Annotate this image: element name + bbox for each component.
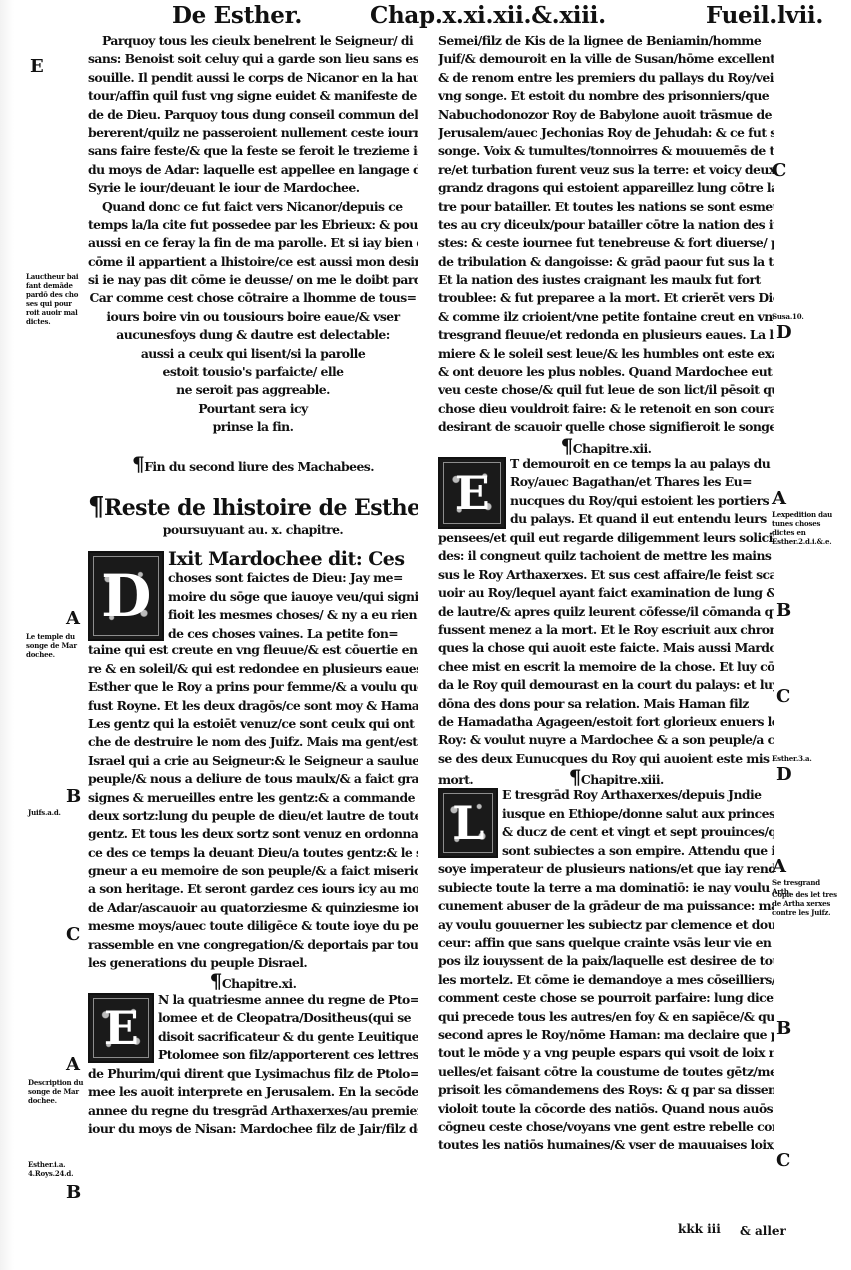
colophon-line: ¶Fin du second liure des Machabees. [88,455,418,473]
pilcrow-icon: ¶ [88,493,104,521]
text-line: cunement abuser de la grādeur de ma puis… [438,897,774,915]
pilcrow-icon: ¶ [561,437,573,455]
decorated-initial-e: E [88,993,154,1063]
text-line: aussi en ce feray la fin de ma parolle. … [88,234,418,252]
text-line: aucunesfoys dung & dautre est delectable… [88,326,418,344]
margin-note: Esther.i.a. 4.Roys.24.d. [28,1160,84,1178]
text-line: disoit sacrificateur & du gente Leuitiqu… [158,1028,418,1046]
text-line: temps la/la cite fut possedee par les Eb… [88,216,418,234]
text-line: che de destruire le nom des Juifz. Mais … [88,733,418,751]
pilcrow-icon: ¶ [210,972,222,990]
text-line: Et la nation des iustes craignant les ma… [438,271,774,289]
margin-letter: B [66,786,81,807]
text-line: pos ilz iouyssent de la paix/laquelle es… [438,952,774,970]
text-line: tout le mōde y a vng peuple espars qui v… [438,1044,774,1062]
text-line: N la quatriesme annee du regne de Pto= [158,991,418,1009]
text-line: les generations du peuple Disrael. [88,954,418,972]
margin-letter: A [66,1054,80,1075]
text-line: mee les auoit interprete en Jerusalem. E… [88,1083,418,1101]
text-line: iour du moys de Nisan: Mardochee filz de… [88,1120,418,1138]
text-line: du moys de Adar: laquelle est appellee e… [88,161,418,179]
margin-letter: C [772,160,786,181]
chapter-heading-xiii: mort. ¶Chapitre.xiii. [438,768,774,786]
spacer [88,539,418,549]
decorated-initial-d: D [88,551,164,641]
initial-paragraph-e-right: E T demouroit en ce temps la au palays d… [438,455,774,529]
text-line: da le Roy quil demourast en la court du … [438,676,774,694]
left-column: Parquoy tous les cieulx benelrent le Sei… [88,32,418,1138]
spacer [88,437,418,455]
text-line: desirant de scauoir quelle chose signifi… [438,418,774,436]
text-line: chose dieu vouldroit faire: & le retenoi… [438,400,774,418]
text-line: veu ceste chose/& quil fut leue de son l… [438,381,774,399]
text-line: Nabuchodonozor Roy de Babylone auoit trā… [438,106,774,124]
margin-note: Susa.10. [772,312,832,321]
text-line: se des deux Eunucques du Roy qui auoient… [438,750,774,768]
text-line: pensees/et quil eut regarde diligemment … [438,529,774,547]
text-line: ce des ce temps la deuant Dieu/a toutes … [88,844,418,862]
text-line: annee du regne du tresgrād Arthaxerxes/a… [88,1102,418,1120]
text-line: a son heritage. Et seront gardez ces iou… [88,880,418,898]
text-line: E tresgrād Roy Arthaxerxes/depuis Jndie [502,786,774,804]
text-line: Syrie le iour/deuant le iour de Mardoche… [88,179,418,197]
text-line: de de Dieu. Parquoy tous dung conseil co… [88,106,418,124]
chapter-heading-xii: ¶Chapitre.xii. [438,437,774,455]
margin-note: Description du songe de Mar dochee. [28,1078,84,1105]
margin-note: Lexpedition dau tunes choses dictes en E… [772,510,838,546]
margin-note: Esther.3.a. [772,754,832,763]
text-line: troublee: & fut preparee a la mort. Et c… [438,289,774,307]
text-line: dōna des dons pour sa relation. Mais Ham… [438,695,774,713]
text-line: sont subiectes a son empire. Attendu que… [502,842,774,860]
catchword: & aller [740,1224,786,1238]
text-line: tre pour batailler. Et toutes les nation… [438,198,774,216]
text-line: Car comme cest chose cōtraire a lhomme d… [88,289,418,307]
initial-paragraph-e: E N la quatriesme annee du regne de Pto=… [88,991,418,1065]
text-line: iours boire vin ou tousiours boire eaue/… [88,308,418,326]
text-line: & comme ilz crioient/vne petite fontaine… [438,308,774,326]
text-line: songe. Voix & tumultes/tonnoirres & mouu… [438,142,774,160]
section-title: ¶Reste de lhistoire de Esther en [88,493,418,521]
text-line: du palays. Et quand il eut entendu leurs [510,510,774,528]
text-line: prisoit les cōmandemens des Roys: & q pa… [438,1081,774,1099]
spacer [88,473,418,493]
text-line: soye imperateur de plusieurs nations/et … [438,860,774,878]
text-line: souille. Il pendit aussi le corps de Nic… [88,69,418,87]
text-line: cōgneu ceste chose/voyans vne gent estre… [438,1118,774,1136]
text-line: grandz dragons qui estoient appareillez … [438,179,774,197]
margin-letter: A [66,608,80,629]
text-line: stes: & ceste iournee fut tenebreuse & f… [438,234,774,252]
margin-letter: B [776,1018,791,1039]
margin-letter: A [772,488,786,509]
running-head-left: De Esther. [172,2,302,29]
text-line: toutes les natiōs humaines/& vser de mau… [438,1136,774,1154]
margin-letter: D [776,764,792,785]
text-line: peuple/& nous a deliure de tous maulx/& … [88,770,418,788]
text-line: Roy/auec Bagathan/et Thares les Eu= [510,473,774,491]
text-line: Jerusalem/auec Jechonias Roy de Jehudah:… [438,124,774,142]
decorated-initial-e: E [438,457,506,529]
text-line: & ducz de cent et vingt et sept prouince… [502,823,774,841]
right-column: Semei/filz de Kis de la lignee de Beniam… [438,32,774,1155]
text-line: moire du sōge que iauoye veu/qui signi= [168,588,418,606]
section-subtitle: poursuyuant au. x. chapitre. [88,521,418,539]
text-line: les mortelz. Et cōme ie demandoye a mes … [438,971,774,989]
margin-letter: B [66,1182,81,1203]
text-line: sus le Roy Arthaxerxes. Et sus cest affa… [438,566,774,584]
running-head-folio: Fueil.lvii. [706,2,823,29]
text-line: ne seroit pas aggreable. [88,381,418,399]
text-line: Ptolomee son filz/apporterent ces lettre… [158,1046,418,1064]
text-line: iusque en Ethiope/donne salut aux prince… [502,805,774,823]
text-line: Juif/& demouroit en la ville de Susan/hō… [438,50,774,68]
text-line: & ont deuore les plus nobles. Quand Mard… [438,363,774,381]
text-line: rassemble en vne congregation/& deportai… [88,936,418,954]
margin-note: Le temple du songe de Mar dochee. [26,632,82,659]
text-line: comment ceste chose se pourroit parfaire… [438,989,774,1007]
text-line: bererent/quilz ne passeroient nullement … [88,124,418,142]
text-line: Ixit Mardochee dit: Ces [168,549,418,569]
text-line: Esther que le Roy a prins pour femme/& a… [88,678,418,696]
text-line: T demouroit en ce temps la au palays du [510,455,774,473]
text-line: fust Royne. Et les deux dragōs/ce sont m… [88,697,418,715]
text-line: fioit les mesmes choses/ & ny a eu rien [168,606,418,624]
text-line: tour/affin quil fust vng signe euidet & … [88,87,418,105]
text-line: estoit tousio's parfaicte/ elle [88,363,418,381]
text-line: & de renom entre les premiers du pallays… [438,69,774,87]
text-line: de Adar/ascauoir au quatorziesme & quinz… [88,899,418,917]
page-edge-shadow [0,0,14,1270]
initial-paragraph-d: D Ixit Mardochee dit: Ces choses sont fa… [88,549,418,641]
text-line: de Hamadatha Agageen/estoit fort glorieu… [438,713,774,731]
text-line: re/et turbation furent veuz sus la terre… [438,161,774,179]
text-line: cōme il appartient a lhistoire/ce est au… [88,253,418,271]
margin-letter: C [776,1150,790,1171]
margin-letter-e: E [30,56,44,77]
text-line: des: il congneut quilz tachoient de mett… [438,547,774,565]
margin-letter: B [776,600,791,621]
text-line: aussi a ceulx qui lisent/si la parolle [88,345,418,363]
decorated-initial-l: L [438,788,498,858]
text-line: prinse la fin. [88,418,418,436]
text-line: fussent menez a la mort. Et le Roy escri… [438,621,774,639]
text-line: choses sont faictes de Dieu: Jay me= [168,569,418,587]
text-line: qui precede tous les autres/en foy & en … [438,1008,774,1026]
text-line: second apres le Roy/nōme Haman: ma decla… [438,1026,774,1044]
pilcrow-icon: ¶ [132,455,144,473]
text-line: Roy: & voulut nuyre a Mardochee & a son … [438,731,774,749]
text-line: sans faire feste/& que la feste se feroi… [88,142,418,160]
initial-paragraph-l: L E tresgrād Roy Arthaxerxes/depuis Jndi… [438,786,774,860]
text-line: ques la chose qui auoit este faicte. Mai… [438,639,774,657]
text-line: de tribulation & dangoisse: & grād paour… [438,253,774,271]
text-line: si ie nay pas dit cōme ie deusse/ on me … [88,271,418,289]
text-line: lomee et de Cleopatra/Dositheus(qui se [158,1009,418,1027]
text-line: signes & merueilles entre les gentz:& a … [88,789,418,807]
margin-letter: D [776,322,792,343]
text-line: uoir au Roy/lequel ayant faict examinati… [438,584,774,602]
margin-note: Juifs.a.d. [28,808,84,817]
text-line: subiecte toute la terre a ma dominatiō: … [438,879,774,897]
text-line: tresgrand fleuue/et redonda en plusieurs… [438,326,774,344]
text-line: re & en soleil/& qui est redondee en plu… [88,660,418,678]
colophon-text: Fin du second liure des Machabees. [144,459,374,473]
scanned-book-page: De Esther. Chap.x.xi.xii.&.xiii. Fueil.l… [0,0,851,1270]
text-line: gentz. Et tous les deux sortz sont venuz… [88,825,418,843]
text-line: de ces choses vaines. La petite fon= [168,625,418,643]
text-line: chee mist en escrit la memoire de la cho… [438,658,774,676]
text-line: nucques du Roy/qui estoient les portiers [510,492,774,510]
text-line: vng songe. Et estoit du nombre des priso… [438,87,774,105]
text-line: violoit toute la cōcorde des natiōs. Qua… [438,1100,774,1118]
text-line: Quand donc ce fut faict vers Nicanor/dep… [88,198,418,216]
text-line: taine qui est creute en vng fleuue/& est… [88,641,418,659]
text-line: Semei/filz de Kis de la lignee de Beniam… [438,32,774,50]
text-line: mesme moys/auec toute diligēce & toute i… [88,917,418,935]
text-line: Israel qui a crie au Seigneur:& le Seign… [88,752,418,770]
signature-mark: kkk iii [678,1222,721,1236]
section-title-text: Reste de lhistoire de Esther en [104,495,418,521]
margin-note: Copie des let tres de Artha xerxes contr… [772,890,838,917]
text-line: ay voulu gouuerner les subiectz par clem… [438,916,774,934]
text-line: Pourtant sera icy [88,400,418,418]
text-line: Parquoy tous les cieulx benelrent le Sei… [88,32,418,50]
chapter-heading-xi: ¶Chapitre.xi. [88,972,418,990]
margin-note: Lauctheur bai fant demāde pardō des cho … [26,272,82,326]
text-line: uelles/et faisant cōtre la coustume de t… [438,1063,774,1081]
text-line: ceur: affin que sans quelque crainte vsā… [438,934,774,952]
text-line: de lautre/& apres quilz leurent cōfesse/… [438,603,774,621]
text-line: tes au cry diceulx/pour batailler cōtre … [438,216,774,234]
margin-letter: C [66,924,80,945]
text-line: gneur a eu memoire de son peuple/& a fai… [88,862,418,880]
text-line: sans: Benoist soit celuy qui a garde son… [88,50,418,68]
margin-letter: C [776,686,790,707]
pilcrow-icon: ¶ [569,768,581,786]
running-head-chapter: Chap.x.xi.xii.&.xiii. [370,2,606,29]
text-line: deux sortz:lung du peuple de dieu/et lau… [88,807,418,825]
text-line: Les gentz qui la estoiēt venuz/ce sont c… [88,715,418,733]
text-line: miere & le soleil sest leue/& les humble… [438,345,774,363]
margin-letter: A [772,856,786,877]
text-line: de Phurim/qui dirent que Lysimachus filz… [88,1065,418,1083]
